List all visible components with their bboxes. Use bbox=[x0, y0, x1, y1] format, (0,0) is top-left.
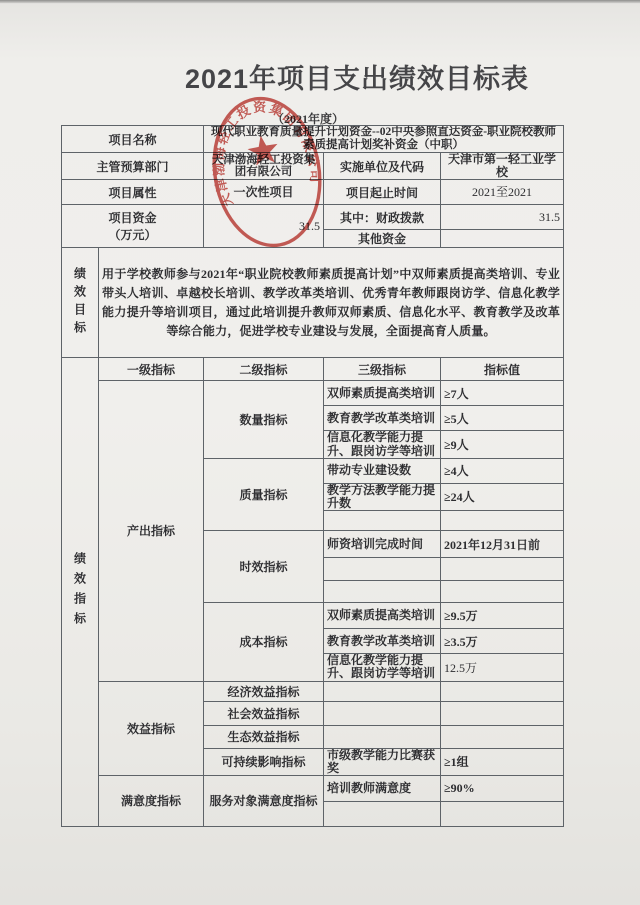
indicator-name-cell: 双师素质提高类培训 bbox=[324, 603, 441, 629]
level2-quality-cell: 质量指标 bbox=[204, 458, 324, 530]
indicator-name-cell: 带动专业建设数 bbox=[324, 458, 441, 483]
indicator-value-cell bbox=[441, 701, 564, 725]
level2-timeliness-cell: 时效指标 bbox=[204, 531, 324, 603]
indicator-name-cell: 教育教学改革类培训 bbox=[324, 629, 441, 654]
indicator-value-cell: ≥90% bbox=[441, 775, 564, 801]
indicator-value-cell bbox=[441, 801, 564, 826]
scan-top-edge bbox=[0, 0, 640, 3]
header-value-cell: 指标值 bbox=[441, 358, 564, 381]
table-row: 满意度指标 服务对象满意度指标 培训教师满意度 ≥90% bbox=[62, 775, 564, 801]
indicator-name-cell bbox=[324, 558, 441, 581]
level2-social-cell: 社会效益指标 bbox=[204, 701, 324, 725]
indicator-value-cell bbox=[441, 725, 564, 748]
indicator-value-cell bbox=[441, 511, 564, 531]
scanned-document-page: 2021年项目支出绩效目标表 （2021年度） 项目名称 现代职业教育质量提升计… bbox=[0, 0, 640, 905]
header-level1-cell: 一级指标 bbox=[99, 358, 204, 381]
dept-label-cell: 主管预算部门 bbox=[62, 153, 204, 180]
unit-value-cell: 天津市第一轻工业学校 bbox=[441, 153, 564, 180]
other-fund-value-cell bbox=[441, 230, 564, 248]
level2-ecological-cell: 生态效益指标 bbox=[204, 725, 324, 748]
indicator-value-cell: ≥7人 bbox=[441, 381, 564, 406]
fiscal-value-cell: 31.5 bbox=[441, 205, 564, 230]
period-label-cell: 项目起止时间 bbox=[324, 180, 441, 205]
page-title: 2021年项目支出绩效目标表 bbox=[74, 63, 640, 95]
company-seal-stamp: 天津渤海轻工投资集团有限公司 bbox=[205, 94, 335, 256]
level1-benefit-cell: 效益指标 bbox=[99, 681, 204, 775]
indicator-value-cell: ≥9人 bbox=[441, 431, 564, 458]
goal-side-label-cell: 绩效目标 bbox=[62, 248, 99, 358]
level2-quantity-cell: 数量指标 bbox=[204, 381, 324, 458]
indicator-value-cell: 2021年12月31日前 bbox=[441, 531, 564, 558]
indicator-value-cell bbox=[441, 681, 564, 701]
indicators-side-label-cell: 绩效指标 bbox=[62, 358, 99, 827]
indicator-value-cell: ≥9.5万 bbox=[441, 603, 564, 629]
level1-satisfaction-cell: 满意度指标 bbox=[99, 775, 204, 826]
indicator-value-cell: ≥4人 bbox=[441, 458, 564, 483]
project-name-label-cell: 项目名称 bbox=[62, 126, 204, 153]
indicator-name-cell: 双师素质提高类培训 bbox=[324, 381, 441, 406]
period-value-cell: 2021至2021 bbox=[441, 180, 564, 205]
indicator-value-cell: 12.5万 bbox=[441, 654, 564, 681]
level2-cost-cell: 成本指标 bbox=[204, 603, 324, 681]
indicator-value-cell bbox=[441, 558, 564, 581]
indicator-name-cell: 市级教学能力比赛获奖 bbox=[324, 748, 441, 775]
indicator-name-cell bbox=[324, 801, 441, 826]
indicator-name-cell: 信息化教学能力提升、跟岗访学等培训 bbox=[324, 654, 441, 681]
indicator-value-cell: ≥5人 bbox=[441, 406, 564, 431]
indicator-value-cell: ≥3.5万 bbox=[441, 629, 564, 654]
table-row: 绩效目标 用于学校教师参与2021年“职业院校教师素质提高计划”中双师素质提高类… bbox=[62, 248, 564, 358]
level2-service-cell: 服务对象满意度指标 bbox=[204, 775, 324, 826]
indicator-name-cell bbox=[324, 581, 441, 603]
table-row: 效益指标 经济效益指标 bbox=[62, 681, 564, 701]
fund-label-cell: 项目资金 （万元） bbox=[62, 205, 204, 248]
indicator-name-cell: 培训教师满意度 bbox=[324, 775, 441, 801]
indicator-name-cell: 教学方法教学能力提升数 bbox=[324, 483, 441, 510]
attr-label-cell: 项目属性 bbox=[62, 180, 204, 205]
goal-text-cell: 用于学校教师参与2021年“职业院校教师素质提高计划”中双师素质提高类培训、专业… bbox=[99, 248, 564, 358]
level1-output-cell: 产出指标 bbox=[99, 381, 204, 681]
indicator-value-cell bbox=[441, 581, 564, 603]
seal-star-icon bbox=[246, 133, 281, 167]
unit-label-cell: 实施单位及代码 bbox=[324, 153, 441, 180]
other-fund-label-cell: 其他资金 bbox=[324, 230, 441, 248]
indicator-name-cell bbox=[324, 511, 441, 531]
header-level3-cell: 三级指标 bbox=[324, 358, 441, 381]
indicator-name-cell bbox=[324, 701, 441, 725]
header-level2-cell: 二级指标 bbox=[204, 358, 324, 381]
fiscal-label-cell: 其中：财政拨款 bbox=[324, 205, 441, 230]
table-row: 产出指标 数量指标 双师素质提高类培训 ≥7人 bbox=[62, 381, 564, 406]
indicator-name-cell: 教育教学改革类培训 bbox=[324, 406, 441, 431]
table-row: 绩效指标 一级指标 二级指标 三级指标 指标值 bbox=[62, 358, 564, 381]
level2-economic-cell: 经济效益指标 bbox=[204, 681, 324, 701]
level2-sustainable-cell: 可持续影响指标 bbox=[204, 748, 324, 775]
indicator-name-cell bbox=[324, 725, 441, 748]
indicator-name-cell bbox=[324, 681, 441, 701]
indicator-name-cell: 师资培训完成时间 bbox=[324, 531, 441, 558]
indicator-name-cell: 信息化教学能力提升、跟岗访学等培训 bbox=[324, 431, 441, 458]
indicator-value-cell: ≥1组 bbox=[441, 748, 564, 775]
indicator-value-cell: ≥24人 bbox=[441, 483, 564, 510]
